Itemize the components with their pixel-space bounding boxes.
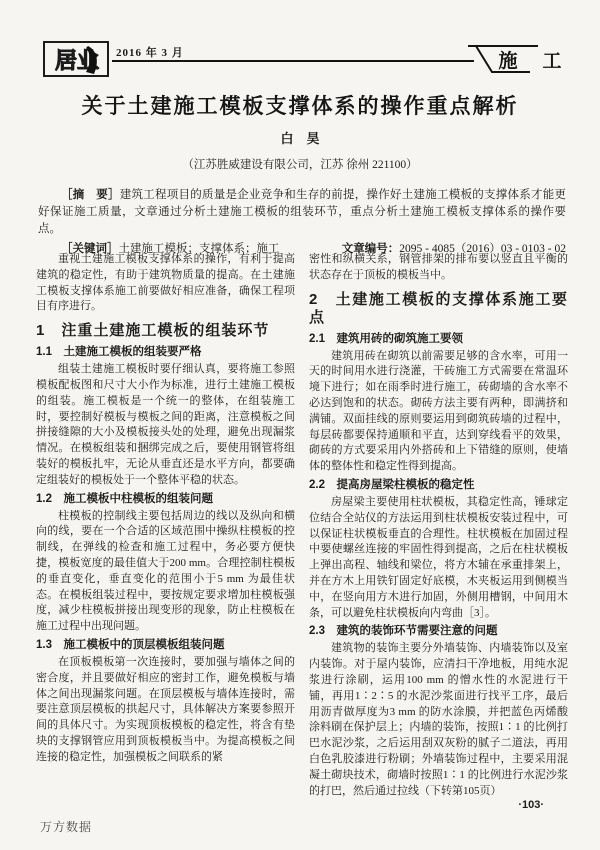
subsection-heading: 2.1 建筑用砖的砌筑施工要领 [309,332,568,347]
header-rule [112,60,474,62]
wanfang-watermark: 万方数据 [40,818,92,835]
paragraph: 房屋梁主要使用柱状模板，其稳定性高，锤球定位结合全站仪的方法运用到柱状模板安装过… [309,495,568,621]
abstract-block: ［摘 要］建筑工程项目的质量是企业竞争和生存的前提，操作好土建施工模板的支撑体系… [38,187,566,258]
issue-date: 2016 年 3 月 [116,44,184,60]
magazine-logo: 居业 [42,38,112,82]
abstract-paragraph: ［摘 要］建筑工程项目的质量是企业竞争和生存的前提，操作好土建施工模板的支撑体系… [38,187,566,238]
paragraph: 在顶板模板第一次连接时，要加强与墙体之间的密合度，并且要做好相应的密封工作，避免… [36,655,295,766]
subsection-heading: 2.3 建筑的装饰环节需要注意的问题 [309,624,568,639]
section-char-1: 施 [498,49,517,72]
author-name: 白 昊 [0,128,600,147]
paragraph: 建筑用砖在砌筑以前需要足够的含水率，可用一天的时间用水进行浇灌，干砖施工方式需要… [309,349,568,475]
right-column: 密性和纵横关系，钢管排架的排布要以竖直且平衡的状态存在于顶板的模板当中。2 土建… [309,252,568,802]
section-heading: 2 土建施工模板的支撑体系施工要点 [309,291,568,327]
subsection-heading: 2.2 提高房屋梁柱模板的稳定性 [309,478,568,493]
subsection-heading: 1.1 土建施工模板的组装要严格 [36,345,295,360]
paragraph: 密性和纵横关系，钢管排架的排布要以竖直且平衡的状态存在于顶板的模板当中。 [309,252,568,284]
section-heading: 1 注重土建施工模板的组装环节 [36,322,295,340]
article-body: 重视土建施工模板支撑体系的操作，有利于提高建筑的稳定性，有助于建筑物质量的提高。… [36,252,568,802]
paragraph: 建筑物的装饰主要分外墙装饰、内墙装饰以及室内装饰。对于屋内装饰，应清扫干净地板，… [309,641,568,799]
paragraph: 组装土建施工模板时要仔细认真，要将施工参照模板配板图和尺寸大小作为标准，进行土建… [36,362,295,488]
section-tab: 施 工 [468,36,578,84]
page-number: ·103· [518,799,544,811]
author-affiliation: （江苏胜威建设有限公司，江苏 徐州 221100） [0,156,600,172]
subsection-heading: 1.3 施工模板中的顶层模板组装问题 [36,638,295,653]
section-char-2: 工 [542,51,561,72]
paragraph: 柱模板的控制线主要包括周边的线以及纵向和横向的线，要在一个合适的区域范围中操纵柱… [36,509,295,635]
abstract-label: ［摘 要］ [61,189,120,201]
journal-page: 居业 2016 年 3 月 施 工 关于土建施工模板支撑体系的操作重点解析 白 … [0,0,600,850]
article-title: 关于土建施工模板支撑体系的操作重点解析 [40,90,560,120]
paragraph: 重视土建施工模板支撑体系的操作，有利于提高建筑的稳定性，有助于建筑物质量的提高。… [36,252,295,315]
subsection-heading: 1.2 施工模板中柱模板的组装问题 [36,492,295,507]
left-column: 重视土建施工模板支撑体系的操作，有利于提高建筑的稳定性，有助于建筑物质量的提高。… [36,252,295,802]
